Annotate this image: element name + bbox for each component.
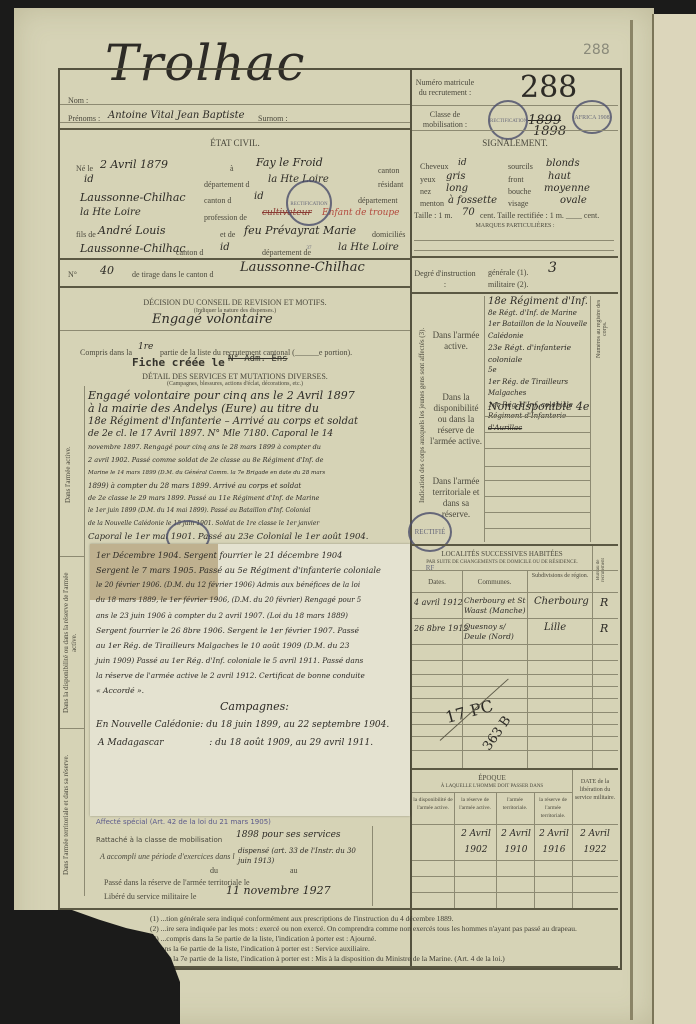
rectifie-stamp: RECTIFIÉ RF <box>408 512 452 552</box>
pencil-page-number: 288 <box>583 42 610 58</box>
rule <box>484 496 590 497</box>
affectation-active-label: Dans l'armée active. <box>428 330 484 352</box>
rule <box>412 712 618 713</box>
footnote: (1) ...tion générale sera indiqué confor… <box>150 914 577 924</box>
rule <box>412 824 618 825</box>
binding-spine <box>630 20 633 1020</box>
footnote: (2) ...ire sera indiquée par les mots : … <box>150 924 577 934</box>
affectations-side-label: Indication des corps auxquels les jeunes… <box>418 300 426 530</box>
localites-title: LOCALITÉS SUCCESSIVES HABITÉES <box>412 550 592 558</box>
stamp-text: AFRICA 1908 <box>574 115 609 121</box>
pere-value: André Louis <box>98 224 166 237</box>
visage-value: ovale <box>560 195 587 206</box>
rule <box>412 768 618 770</box>
column-divider <box>592 546 593 768</box>
service-line: 18e Régiment d'Infanterie – Arrivé au co… <box>88 416 410 429</box>
periode-label: A accompli une période d'exercices dans … <box>100 852 235 861</box>
epoque-title: ÉPOQUE <box>412 774 572 782</box>
ne-le-value: 2 Avril 1879 <box>100 158 168 171</box>
periode-value: dispensé (art. 33 de l'Instr. du 30 juin… <box>238 846 358 866</box>
rule <box>484 512 590 513</box>
card-lines: 1er Décembre 1904. Sergent fourrier le 2… <box>96 548 408 698</box>
periode-au-label: au <box>290 866 298 875</box>
campagne-row: A Madagascar : du 18 août 1909, au 29 av… <box>98 738 373 748</box>
epoque-subtitle: À LAQUELLE L'HOMME DOIT PASSER DANS <box>412 784 572 789</box>
departement3-value: la Hte Loire <box>338 242 399 253</box>
instruction-label: Degré d'instruction : <box>414 268 476 290</box>
pasted-continuation-card: 1er Décembre 1904. Sergent fourrier le 2… <box>90 544 410 816</box>
card-line: du 18 mars 1889, le 1er février 1906, (D… <box>96 593 408 608</box>
service-line: de 2e classe le 29 mars 1899. Passé au 1… <box>88 492 410 505</box>
service-line: Caporal le 1er mai 1901. Passé au 23e Co… <box>88 531 410 544</box>
tirage-canton-value: Laussonne-Chilhac <box>240 260 365 275</box>
decision-value: Engagé volontaire <box>152 312 273 327</box>
yeux-value: gris <box>446 171 466 182</box>
services-handwritten: Engagé volontaire pour cinq ans le 2 Avr… <box>88 390 410 544</box>
tirage-canton-label: de tirage dans le canton d <box>132 270 214 279</box>
africa-stamp: AFRICA 1908 <box>572 100 612 134</box>
affectation-line: 5e <box>488 365 598 377</box>
campagne-periode: : du 18 août 1909, au 29 avril 1911. <box>209 738 373 748</box>
departement2-label: département <box>358 196 398 205</box>
service-line: Engagé volontaire pour cinq ans le 2 Avr… <box>88 390 410 403</box>
column-divider <box>527 570 528 768</box>
ne-le-label: Né le <box>76 164 93 173</box>
fiche-creee-stamp: Fiche créée le <box>132 356 225 369</box>
service-line: à la mairie des Andelys (Eure) au titre … <box>88 403 410 416</box>
bouche-value: moyenne <box>544 183 590 194</box>
service-line: de 2e cl. le 17 Avril 1897. N° Mle 7180.… <box>88 428 410 441</box>
rectification-stamp: RECTIFICATION <box>488 100 528 140</box>
localite-commune: Quesnoy s/ Deule (Nord) <box>464 622 526 642</box>
departement2-value: la Hte Loire <box>80 207 141 218</box>
rule <box>412 750 618 751</box>
services-title: DÉTAIL DES SERVICES ET MUTATIONS DIVERSE… <box>60 372 410 381</box>
margin-label-territoriale: Dans l'armée territoriale et dans sa rés… <box>62 740 84 890</box>
affecte-special-stamp: Affecté spécial (Art. 42 de la loi du 21… <box>96 818 271 826</box>
instruction-generale-value: 3 <box>548 260 557 276</box>
rule <box>60 104 410 105</box>
rule <box>412 544 618 546</box>
rule <box>412 686 618 687</box>
departement3-label: département de <box>262 248 311 257</box>
rectification-stamp-civil: RECTIFICATION 37 <box>286 180 332 226</box>
card-line: Sergent fourrier le 26 8bre 1906. Sergen… <box>96 623 408 638</box>
rule <box>60 728 84 729</box>
service-line: de la Nouvelle Calédonie le 15 juin 1901… <box>88 518 410 531</box>
service-line: 2 avril 1902. Passé comme soldat de 2e c… <box>88 454 410 467</box>
footnotes: (1) ...tion générale sera indiqué confor… <box>150 914 577 964</box>
rule <box>484 448 590 449</box>
affectation-line: 1er Rég. de Tirailleurs Malgaches <box>488 377 598 400</box>
localites-col-dates: Dates. <box>412 578 462 586</box>
localite-subdivision: Lille <box>544 622 566 633</box>
footnote: ... dans la 6e partie de la liste, l'ind… <box>150 944 577 954</box>
adjacent-page-edge <box>652 14 696 1024</box>
campagne-row: En Nouvelle Calédonie: du 18 juin 1899, … <box>96 720 389 730</box>
libere-value: 11 novembre 1927 <box>226 884 331 897</box>
marques-label: MARQUES PARTICULIÈRES : <box>412 223 618 229</box>
card-line: le 20 février 1906. (D.M. du 12 février … <box>96 578 408 593</box>
epoque-value-liberation: 2 Avril 1922 <box>574 826 616 858</box>
localite-mark: R <box>600 622 608 635</box>
epoque-col-reserve-territoriale: la réserve de l'armée territoriale. <box>534 796 572 820</box>
rule <box>412 698 618 699</box>
services-subtitle: (Campagnes, blessures, actions d'éclat, … <box>60 381 410 387</box>
taille-label: Taille : 1 m. <box>414 211 453 220</box>
rule <box>60 330 410 331</box>
rule <box>412 570 618 571</box>
rule <box>412 292 618 294</box>
residence-value: Laussonne-Chilhac <box>80 191 186 204</box>
column-divider <box>484 296 485 542</box>
margin-label-active: Dans l'armée active. <box>64 400 72 550</box>
nez-value: long <box>446 183 468 194</box>
service-line: novembre 1897. Rengagé pour cinq ans le … <box>88 441 410 454</box>
fiche-creee-value: N° Adm. Ens <box>228 354 288 364</box>
card-line: ans le 23 juin 1906 à compter du 2 avril… <box>96 608 408 623</box>
signalement-title: SIGNALEMENT. <box>412 138 618 148</box>
rule <box>414 250 614 251</box>
rule <box>412 130 618 131</box>
canton2-value: id <box>254 191 264 202</box>
tirage-numero-value: 40 <box>100 264 114 277</box>
epoque-value-reserve-active: 2 Avril 1902 <box>456 826 496 858</box>
localite-subdivision: Cherbourg <box>534 596 589 607</box>
nez-label: nez <box>420 187 431 196</box>
rule <box>412 256 618 258</box>
footnote: ... dans la 7e partie de la liste, l'ind… <box>150 954 577 964</box>
etat-civil-title: ÉTAT CIVIL. <box>60 138 410 148</box>
rule <box>484 432 590 433</box>
rule <box>60 286 410 288</box>
sourcils-value: blonds <box>546 158 580 169</box>
rule <box>60 128 410 130</box>
campagnes-title: Campagnes: <box>220 700 289 713</box>
rule <box>484 466 590 467</box>
instruction-generale-label: générale (1). <box>488 268 528 277</box>
fils-de-label: fils de <box>76 230 96 239</box>
rule <box>412 618 618 619</box>
profession-value: Enfant de troupe <box>322 208 400 218</box>
rule <box>412 876 618 877</box>
stamp-text: RECTIFICATION <box>490 119 527 124</box>
epoque-col-disponibilite: la disponibilité de l'armée active. <box>412 796 454 812</box>
epoque-value-territoriale: 2 Avril 1910 <box>497 826 535 858</box>
sourcils-label: sourcils <box>508 162 533 171</box>
profession-label: profession de <box>204 213 247 222</box>
rule <box>412 792 572 793</box>
canton-label: canton <box>378 166 399 175</box>
cheveux-label: Cheveux <box>420 162 448 171</box>
menton-value: à fossette <box>448 195 497 206</box>
localites-col-subdivisions: Subdivisions de région. <box>530 572 590 580</box>
front-label: front <box>508 175 524 184</box>
instruction-militaire-label: militaire (2). <box>488 280 528 289</box>
periode-du-label: du <box>210 866 218 875</box>
campagne-lieu: A Madagascar <box>98 738 164 748</box>
rule <box>414 240 614 241</box>
column-divider <box>410 68 412 968</box>
rule <box>484 480 590 481</box>
affectation-line: 1er Bataillon de la Nouvelle Calédonie <box>488 319 598 342</box>
rattache-value: 1898 pour ses services <box>236 830 341 840</box>
lieu-naissance-value: Fay le Froid <box>256 156 323 169</box>
domicilies-label: domiciliés <box>372 230 405 239</box>
rule <box>412 724 618 725</box>
affectation-line: 23e Régt. d'infanterie coloniale <box>488 342 598 365</box>
canton2-label: canton d <box>204 196 231 205</box>
classe-label: Classe de mobilisation : <box>414 110 476 130</box>
domicile-value: Laussonne-Chilhac <box>80 242 186 255</box>
epoque-date-header: DATE de la libération du service militai… <box>573 778 617 802</box>
yeux-label: yeux <box>420 175 436 184</box>
footnote: (3) ...compris dans la 5e partie de la l… <box>150 934 577 944</box>
localite-date: 4 avril 1912 <box>414 598 463 607</box>
cheveux-value: id <box>458 158 467 168</box>
matricule-label: Numéro matricule du recrutement : <box>414 78 476 98</box>
canton3-value: id <box>220 242 230 253</box>
campagne-lieu: En Nouvelle Calédonie: <box>96 720 203 730</box>
card-line: juin 1909) Passé au 1er Rég. d'Inf. colo… <box>96 653 408 668</box>
rule <box>484 528 590 529</box>
affectation-dispo-value: Non disponible 4e <box>488 400 589 413</box>
rule <box>60 556 84 557</box>
card-line: Sergent le 7 mars 1905. Passé au 5e Régi… <box>96 563 408 578</box>
service-line: Marine le 14 mars 1899 (D.M. du Général … <box>88 467 410 480</box>
residant-label: résidant <box>378 180 403 189</box>
tirage-no-label: N° <box>68 270 77 279</box>
margin-label-disponibilite: Dans la disponibilité ou dans la réserve… <box>62 568 84 718</box>
localites-subtitle: PAR SUITE DE CHANGEMENTS DE DOMICILE OU … <box>412 560 592 565</box>
localite-date: 26 8bre 1912 <box>414 624 468 633</box>
epoque-value-reserve-territoriale: 2 Avril 1916 <box>535 826 573 858</box>
rule <box>412 892 618 893</box>
mere-value: feu Prévayrat Marie <box>244 224 356 237</box>
rule <box>412 644 618 645</box>
card-line: au 1er Rég. de Tirailleurs Malgaches le … <box>96 638 408 653</box>
canton3-label: canton d <box>176 248 203 257</box>
localites-col-communes: Communes. <box>462 578 527 586</box>
libere-label: Libéré du service militaire le <box>104 892 196 901</box>
card-line: la réserve de l'armée active le 2 avril … <box>96 668 408 683</box>
rule <box>412 660 618 661</box>
affectation-active-lines: 18e Régiment d'Inf. 8e Régt. d'Inf. de M… <box>488 296 598 434</box>
compris-label: Compris dans la <box>80 348 132 357</box>
campagne-periode: du 18 juin 1899, au 22 septembre 1904. <box>206 720 389 730</box>
rule <box>412 674 618 675</box>
affectation-dispo-label: Dans la disponibilité ou dans la réserve… <box>428 392 484 447</box>
visage-label: visage <box>508 199 528 208</box>
taille-value: 70 <box>462 207 475 218</box>
card-line: « Accordé ». <box>96 683 408 698</box>
card-line: 1er Décembre 1904. Sergent fourrier le 2… <box>96 548 408 563</box>
epoque-col-territoriale: l'armée territoriale. <box>496 796 534 812</box>
classe-value: 1898 <box>533 124 566 139</box>
front-value: haut <box>548 171 571 182</box>
margin-divider <box>84 386 85 896</box>
matricule-number: 288 <box>520 70 577 105</box>
bouche-label: bouche <box>508 187 531 196</box>
rule <box>60 122 410 123</box>
rule <box>484 416 590 417</box>
canton-value: id <box>84 174 94 185</box>
column-divider <box>372 826 373 906</box>
compris-partie-value: 1re <box>138 342 153 352</box>
departement-label: département d <box>204 180 250 189</box>
rule <box>60 908 618 910</box>
service-line: le 1er juin 1899 (D.M. du 14 mai 1899). … <box>88 505 410 518</box>
epoque-col-reserve-active: la réserve de l'armée active. <box>454 796 496 812</box>
service-line: 1899) à compter du 28 mars 1899. Arrivé … <box>88 480 410 493</box>
a-label: à <box>230 164 234 173</box>
rule <box>412 592 618 593</box>
menton-label: menton <box>420 199 444 208</box>
affectation-line: 8e Régt. d'Inf. de Marine <box>488 308 598 320</box>
localite-commune: Cherbourg et St Waast (Manche) <box>464 596 526 616</box>
decision-title: DÉCISION DU CONSEIL DE REVISION ET MOTIF… <box>60 298 410 307</box>
taille-suffix: cent. Taille rectifiée : 1 m. ____ cent. <box>480 211 599 220</box>
et-de-label: et de <box>220 230 235 239</box>
localite-mark: R <box>600 596 608 609</box>
affectation-line: 18e Régiment d'Inf. <box>488 296 598 308</box>
rule <box>412 860 618 861</box>
rattache-label: Rattaché à la classe de mobilisation <box>96 836 222 844</box>
